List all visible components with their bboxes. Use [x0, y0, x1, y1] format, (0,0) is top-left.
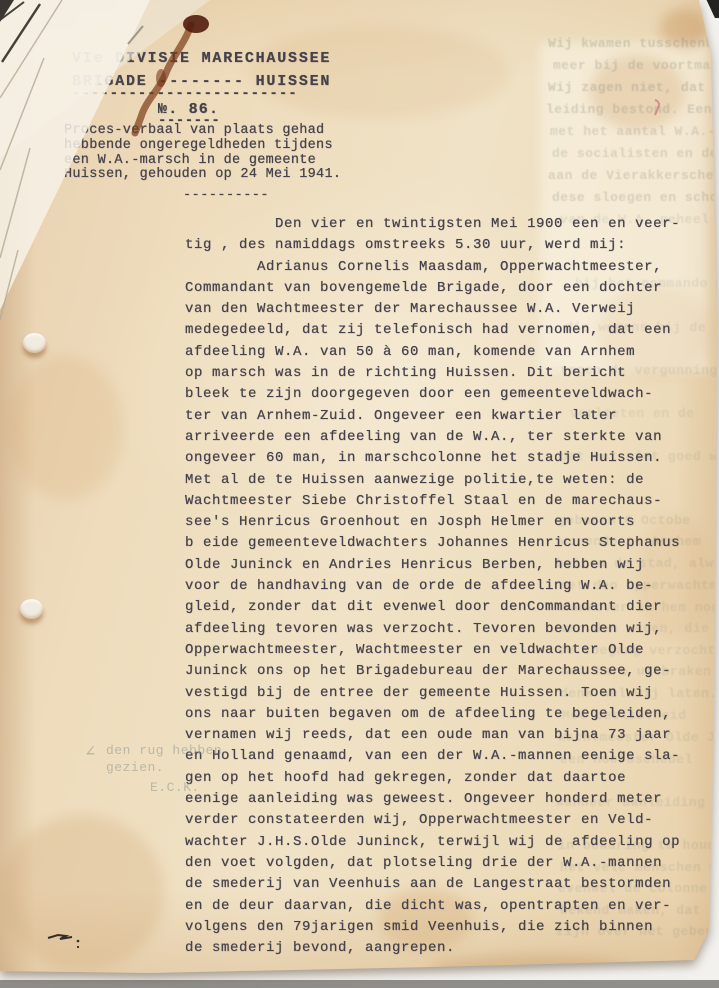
document-division-title: VIe DIVISIE MARECHAUSSEE [72, 50, 331, 67]
body-line: voor de handhaving van de orde de afdeel… [185, 576, 680, 597]
body-line: verder constateerden wij, Opperwachtmees… [185, 810, 680, 831]
body-line: bleek te zijn doorgegeven door een gemee… [185, 384, 680, 405]
document-subject: Proces-verbaal van plaats gehadhebbende … [64, 124, 341, 183]
subject-line: Proces-verbaal van plaats gehad [64, 124, 341, 139]
ink-dot [77, 940, 80, 943]
body-line: op marsch was in de richting Huissen. Di… [185, 363, 680, 384]
body-line: tig , des namiddags omstreeks 5.30 uur, … [185, 235, 680, 256]
dark-crease [2, 4, 40, 62]
body-line: Olde Juninck en Andries Henricus Berben,… [185, 555, 680, 576]
brigade-dashed-underline: ------------------------ [72, 86, 298, 102]
body-line: Wachtmeester Siebe Christoffel Staal en … [185, 491, 680, 512]
body-line: medegedeeld, dat zij telefonisch had ver… [185, 320, 680, 341]
body-line: ons naar buiten begaven om de afdeeling … [185, 704, 680, 725]
body-text: Den vier en twintigsten Mei 1900 een en … [185, 214, 680, 959]
body-line: van den Wachtmeester der Marechaussee W.… [185, 299, 680, 320]
body-line: afdeeling W.A. van 50 à 60 man, komende … [185, 342, 680, 363]
ink-dot [77, 946, 79, 948]
body-line: Commandant van bovengemelde Brigade, doo… [185, 278, 680, 299]
body-line: afdeeling tevoren was verzocht. Tevoren … [185, 619, 680, 640]
body-line: b eide gemeenteveldwachters Johannes Hen… [185, 533, 680, 554]
body-line: arriveerde een afdeeling van de W.A., te… [185, 427, 680, 448]
body-line: en de deur daarvan, die dicht was, opent… [185, 896, 680, 917]
body-line: Juninck ons op het Brigadebureau der Mar… [185, 661, 680, 682]
body-line: gen op het hoofd had gekregen, zonder da… [185, 768, 680, 789]
body-line: see's Henricus Groenhout en Josph Helmer… [185, 512, 680, 533]
corner-notch [0, 0, 14, 22]
body-line: en Holland genaamd, van een der W.A.-man… [185, 746, 680, 767]
body-line: eenige aanleiding was geweest. Ongeveer … [185, 789, 680, 810]
subject-divider-dashes: ---------- [183, 188, 269, 203]
body-line: de smederij van Veenhuis aan de Langestr… [185, 874, 680, 895]
punch-hole [23, 333, 46, 353]
margin-note-line: gezien. [106, 760, 164, 775]
margin-note-line: den rug hebben [106, 743, 222, 758]
body-line: de smederij bevond, aangrepen. [185, 938, 680, 959]
body-line: ongeveer 60 man, in marschcolonne het st… [185, 448, 680, 469]
crease-lines [0, 0, 62, 320]
body-line: gleid, zonder dat dit evenwel door denCo… [185, 597, 680, 618]
body-line: ter van Arnhem-Zuid. Ongeveer een kwarti… [185, 406, 680, 427]
staple-scratch [128, 26, 143, 44]
body-line: volgens den 79jarigen smid Veenhuis, die… [185, 917, 680, 938]
stain [0, 815, 165, 970]
paper-shadow-wrap: Wij kwamen tusschenbeiden, wameer bij de… [0, 0, 719, 988]
angle-mark: ∠ [85, 742, 96, 763]
paper-sheet: Wij kwamen tusschenbeiden, wameer bij de… [0, 0, 719, 988]
body-line: Adrianus Cornelis Maasdam, Opperwachtmee… [185, 257, 680, 278]
margin-note-initials: E.C.K. [150, 780, 200, 795]
dark-crease [0, 2, 24, 20]
subject-line: hebbende ongeregeldheden tijdens [64, 139, 341, 154]
body-line: Met al de te Huissen aanwezige politie,t… [185, 470, 680, 491]
stain [250, 26, 510, 118]
body-line: vestigd bij de entree der gemeente Huiss… [185, 683, 680, 704]
stain [8, 355, 123, 500]
rust-blob [183, 15, 209, 33]
ink-scribble [48, 935, 72, 939]
body-line: Opperwachtmeester, Wachtmeester en veldw… [185, 640, 680, 661]
body-line: wachter J.H.S.Olde Juninck, terwijl wij … [185, 832, 680, 853]
subject-line: Huissen, gehouden op 24 Mei 1941. [64, 168, 341, 183]
body-line: den voet volgden, dat plotseling drie de… [185, 853, 680, 874]
subject-line: een W.A.-marsch in de gemeente [64, 154, 341, 169]
scanned-document-page: Wij kwamen tusschenbeiden, wameer bij de… [0, 0, 719, 988]
body-line: Den vier en twintigsten Mei 1900 een en … [185, 214, 680, 235]
punch-hole [20, 599, 43, 619]
body-line: vernamen wij reeds, dat een oude man van… [185, 725, 680, 746]
